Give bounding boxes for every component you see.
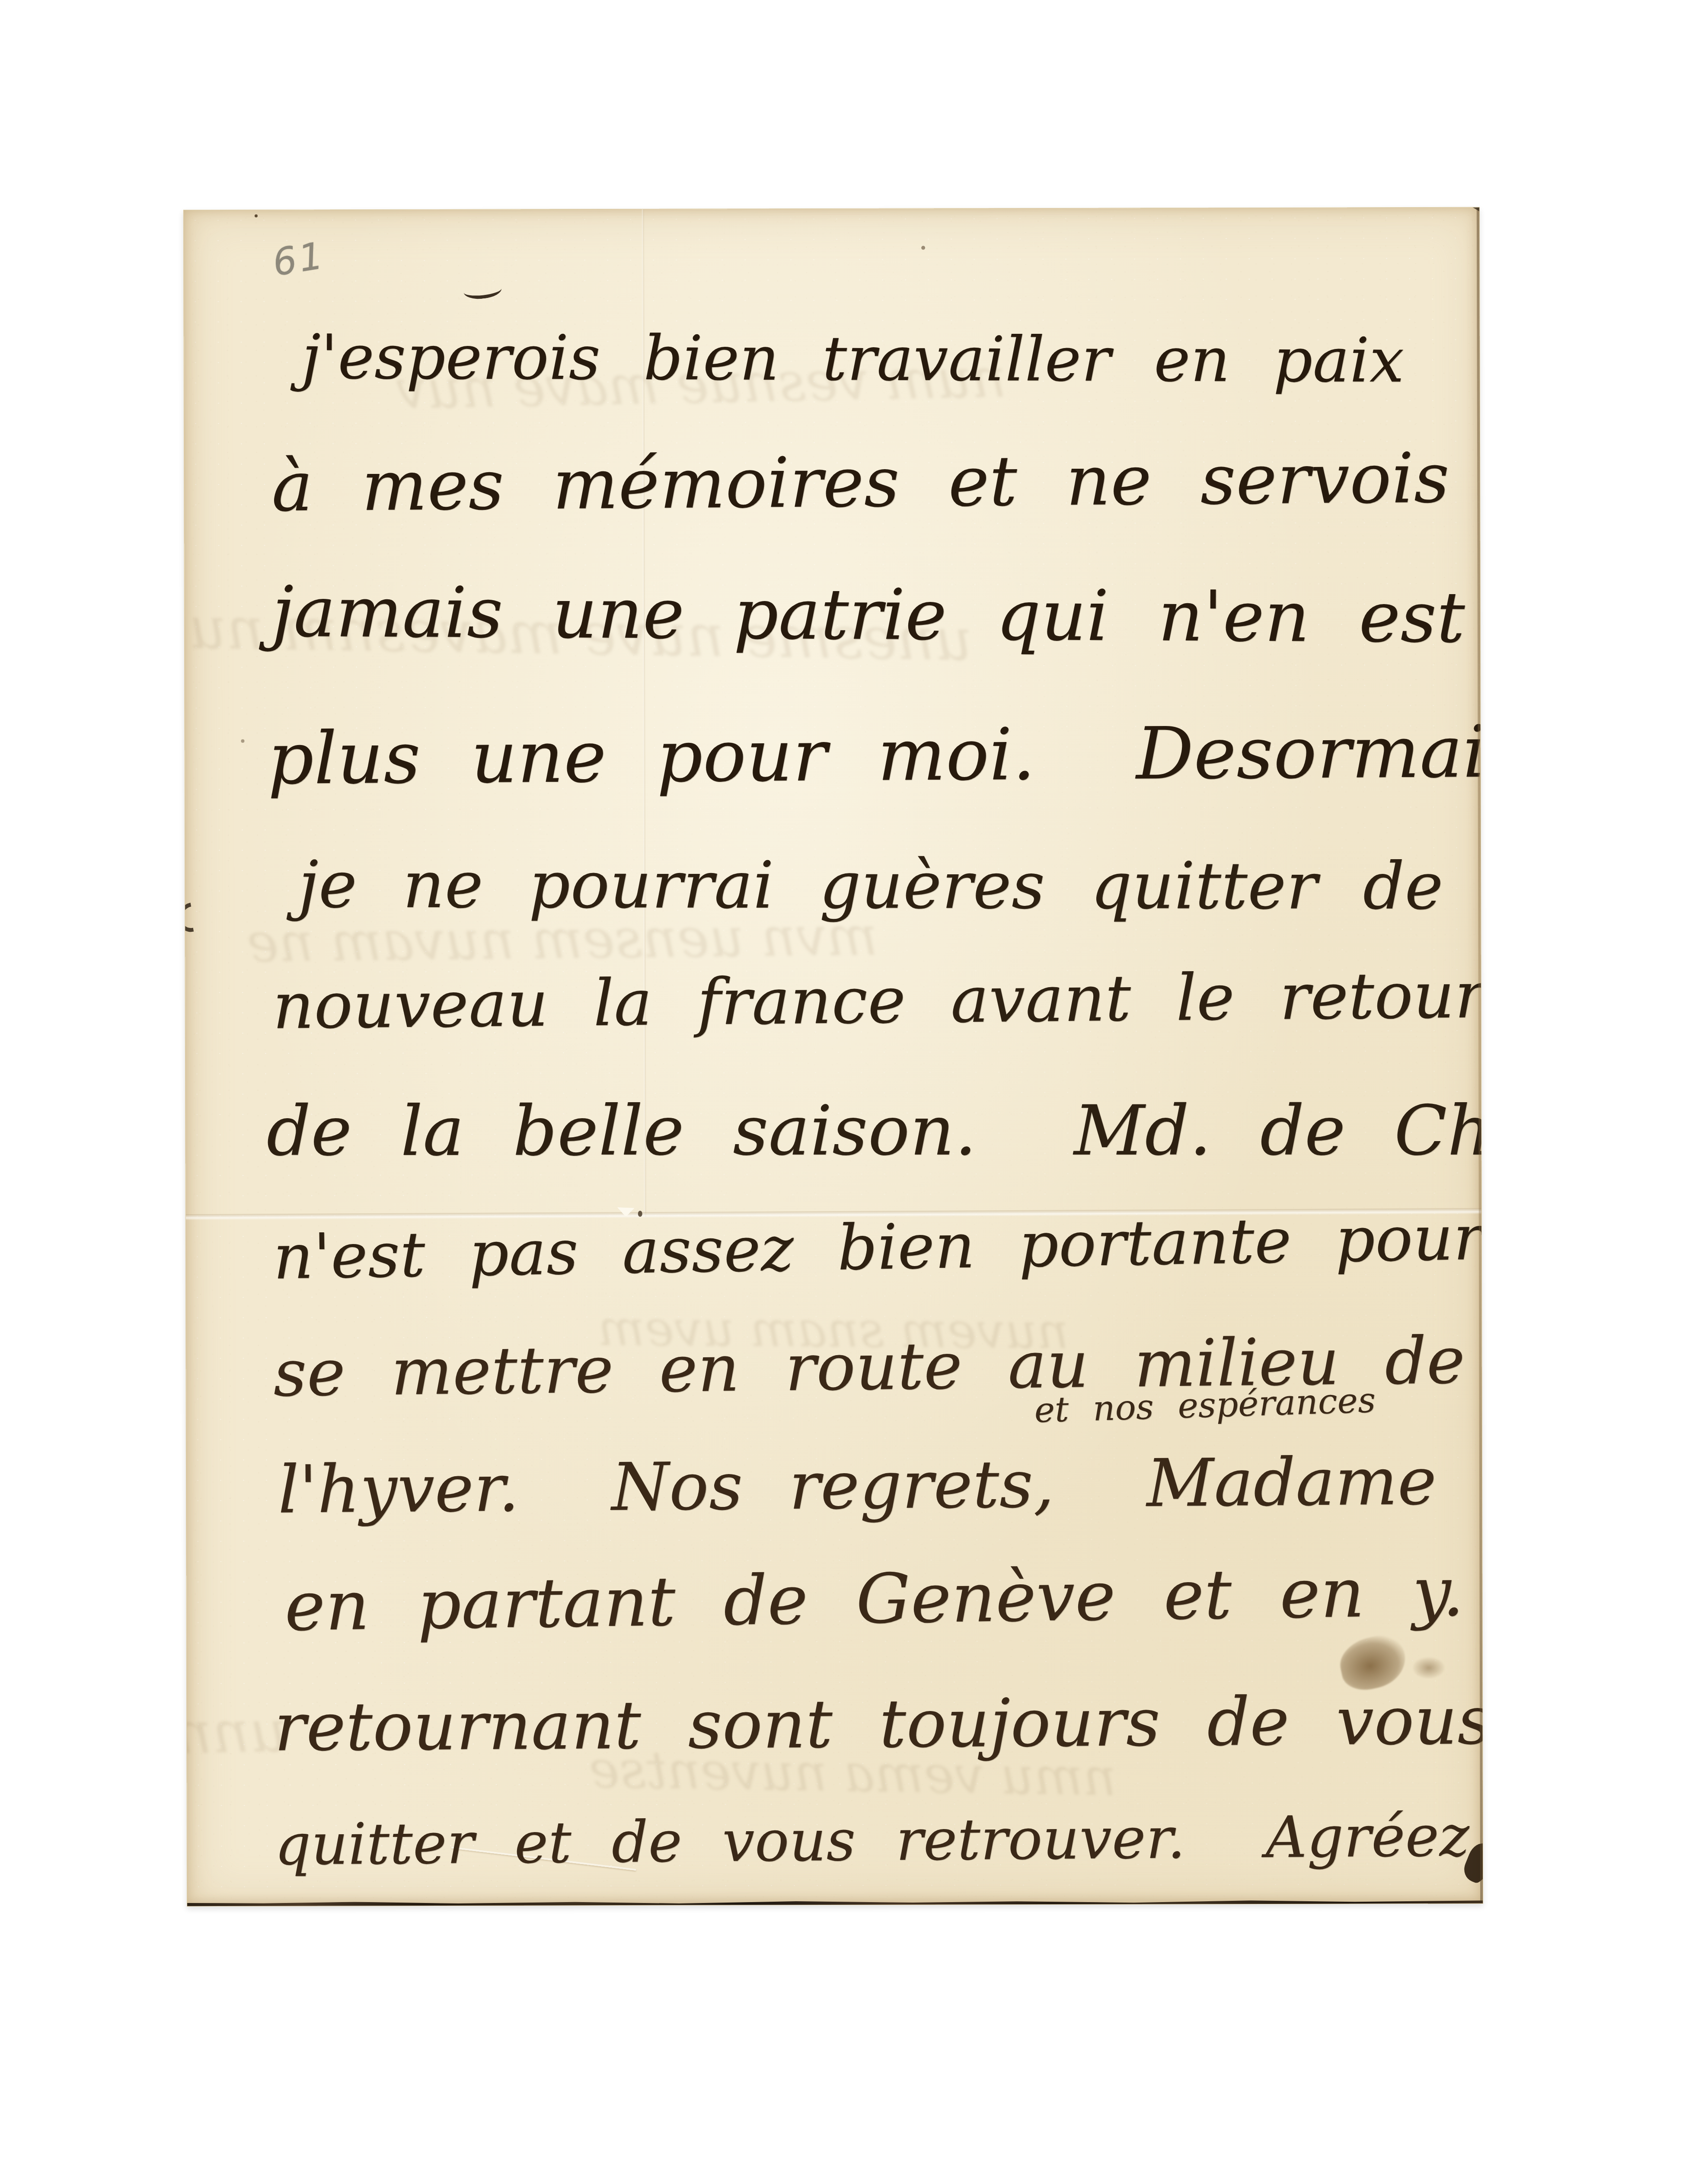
- brown-ink-stain-small: [1413, 1657, 1445, 1679]
- manuscript-line-3: jamais une patrie qui n'en est: [271, 577, 1465, 653]
- manuscript-line-8: n'est pas assez bien portante pour: [273, 1206, 1483, 1288]
- manuscript-line-12: retournant sont toujours de vous: [274, 1688, 1483, 1761]
- manuscript-line-2: à mes mémoires et ne servois: [271, 444, 1450, 521]
- showthrough-ghost-line: unm vesnm uaen nev: [183, 1702, 288, 1772]
- manuscript-line-5: je ne pourrai guères quitter de: [298, 853, 1443, 919]
- interline-insertion: et nos espérances: [1034, 1383, 1376, 1428]
- manuscript-line-10: l'hyver. Nos regrets, Madame: [278, 1449, 1437, 1523]
- pen-flourish: [463, 280, 503, 301]
- ink-speck: [921, 246, 925, 250]
- manuscript-line-1: j'esperois bien travailler en paix: [301, 327, 1404, 392]
- manuscript-line-6: nouveau la france avant le retour: [272, 963, 1483, 1038]
- ink-speck: [255, 214, 258, 217]
- ink-speck: [241, 739, 244, 743]
- pencil-folio-number: 61: [270, 234, 329, 285]
- manuscript-line-13: quitter et de vous retrouver. Agréez: [274, 1807, 1470, 1873]
- scan-canvas: { "colors": { "background": "#ffffff", "…: [0, 0, 1708, 2162]
- manuscript-line-4: plus une pour moi. Desormais: [268, 716, 1483, 795]
- letter-page: num vesnue mave nuv unesme nuve mavesnm …: [183, 207, 1483, 1906]
- manuscript-line-11: en partant de Genève et en y.: [284, 1558, 1465, 1641]
- paper-right-edge: [1477, 208, 1483, 1903]
- manuscript-line-7: de la belle saison. Md. de Ch.: [266, 1096, 1483, 1166]
- left-edge-ink-mark: [183, 897, 212, 937]
- paper-bottom-edge: [185, 1898, 1483, 1906]
